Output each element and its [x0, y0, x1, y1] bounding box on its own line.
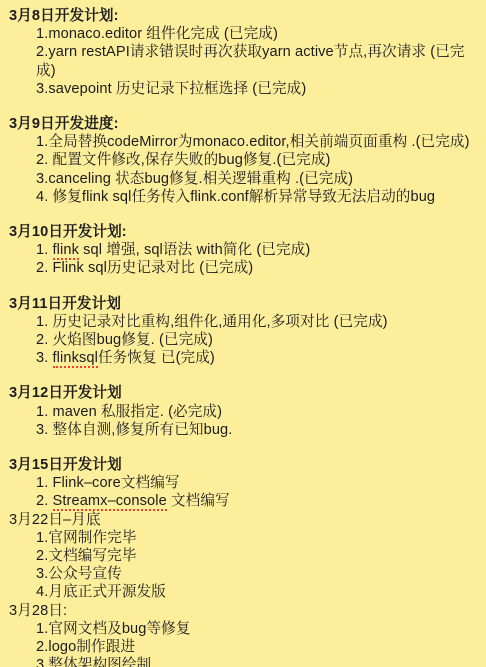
notes-page: { "page": { "background_color": "#FDEE9C…: [0, 0, 486, 667]
plan-item: 2. Flink sql历史记录对比 (已完成): [9, 259, 480, 277]
plan-item: 2.yarn restAPI请求错误时再次获取yarn active节点,再次请…: [9, 43, 480, 79]
misspelled-word: Streamx–console: [53, 493, 167, 511]
plan-item: 3. 整体自测,修复所有已知bug.: [9, 421, 480, 439]
plan-item: 1.官网文档及bug等修复: [9, 620, 480, 638]
item-text: 2. 火焰图bug修复. (已完成): [36, 332, 213, 348]
item-text: 1. 历史记录对比重构,组件化,通用化,多项对比 (已完成): [36, 314, 388, 330]
section-title: 3月12日开发计划: [9, 384, 480, 402]
item-text: 1. maven 私服指定. (必完成): [36, 404, 222, 420]
plan-item: 2. 配置文件修改,保存失败的bug修复.(已完成): [9, 151, 480, 169]
item-text: 4. 修复flink sql任务传入flink.conf解析异常导致无法启动的b…: [36, 189, 435, 205]
plan-item: 2.文档编写完毕: [9, 547, 480, 565]
plan-section: 3月9日开发进度:1.全局替换codeMirror为monaco.editor,…: [9, 115, 480, 206]
plan-item: 4.月底正式开源发版: [9, 583, 480, 601]
plan-section: 3月10日开发计划:1. flink sql 增强, sql语法 with简化 …: [9, 223, 480, 278]
item-text: 3.canceling 状态bug修复.相关逻辑重构 .(已完成): [36, 171, 353, 187]
item-text: 文档编写: [167, 493, 230, 509]
item-text: 1.官网制作完毕: [36, 530, 137, 546]
item-text: 4.月底正式开源发版: [36, 584, 166, 600]
section-title: 3月8日开发计划:: [9, 7, 480, 25]
plan-section: 3月28日:1.官网文档及bug等修复2.logo制作跟进3,整体架构图绘制: [9, 602, 480, 667]
plan-item: 1.全局替换codeMirror为monaco.editor,相关前端页面重构 …: [9, 133, 480, 151]
item-text: 2.logo制作跟进: [36, 639, 135, 655]
plan-item: 2. Streamx–console 文档编写: [9, 492, 480, 510]
plan-item: 1. Flink–core文档编写: [9, 474, 480, 492]
item-text: 任务恢复 已(完成): [98, 350, 215, 366]
plan-item: 1.官网制作完毕: [9, 529, 480, 547]
plan-section: 3月11日开发计划1. 历史记录对比重构,组件化,通用化,多项对比 (已完成)2…: [9, 295, 480, 368]
item-text: 1.官网文档及bug等修复: [36, 621, 191, 637]
plan-item: 1. 历史记录对比重构,组件化,通用化,多项对比 (已完成): [9, 313, 480, 331]
section-title: 3月11日开发计划: [9, 295, 480, 313]
section-title: 3月15日开发计划: [9, 456, 480, 474]
plan-item: 2.logo制作跟进: [9, 638, 480, 656]
item-text: 1. Flink–core文档编写: [36, 475, 180, 491]
item-text: 1.: [36, 242, 53, 258]
plan-item: 4. 修复flink sql任务传入flink.conf解析异常导致无法启动的b…: [9, 188, 480, 206]
item-text: 3. 整体自测,修复所有已知bug.: [36, 422, 232, 438]
plan-item: 3. flinksql任务恢复 已(完成): [9, 349, 480, 367]
item-text: 3.公众号宣传: [36, 566, 122, 582]
plan-item: 3,整体架构图绘制: [9, 656, 480, 667]
item-text: 3.: [36, 350, 53, 366]
plan-section: 3月15日开发计划1. Flink–core文档编写2. Streamx–con…: [9, 456, 480, 511]
note-document: 3月8日开发计划:1.monaco.editor 组件化完成 (已完成)2.ya…: [0, 0, 486, 667]
item-text: 1.全局替换codeMirror为monaco.editor,相关前端页面重构 …: [36, 134, 470, 150]
item-text: 2.: [36, 493, 53, 509]
plan-item: 3.公众号宣传: [9, 565, 480, 583]
item-text: 3.savepoint 历史记录下拉框选择 (已完成): [36, 81, 306, 97]
section-title: 3月9日开发进度:: [9, 115, 480, 133]
section-title: 3月22日–月底: [9, 511, 480, 529]
item-text: 1.monaco.editor 组件化完成 (已完成): [36, 26, 278, 42]
item-text: 2. Flink sql历史记录对比 (已完成): [36, 260, 253, 276]
misspelled-word: flinksql: [53, 350, 98, 368]
misspelled-word: flink: [53, 242, 79, 260]
section-title: 3月28日:: [9, 602, 480, 620]
plan-item: 1.monaco.editor 组件化完成 (已完成): [9, 25, 480, 43]
plan-item: 3.canceling 状态bug修复.相关逻辑重构 .(已完成): [9, 170, 480, 188]
item-text: 2.yarn restAPI请求错误时再次获取yarn active节点,再次请…: [36, 44, 465, 78]
item-text: 3,整体架构图绘制: [36, 657, 151, 667]
item-text: sql 增强, sql语法 with简化 (已完成): [79, 242, 310, 258]
item-text: 2.文档编写完毕: [36, 548, 137, 564]
plan-item: 2. 火焰图bug修复. (已完成): [9, 331, 480, 349]
plan-section: 3月8日开发计划:1.monaco.editor 组件化完成 (已完成)2.ya…: [9, 7, 480, 98]
plan-item: 3.savepoint 历史记录下拉框选择 (已完成): [9, 80, 480, 98]
item-text: 2. 配置文件修改,保存失败的bug修复.(已完成): [36, 152, 331, 168]
plan-item: 1. flink sql 增强, sql语法 with简化 (已完成): [9, 241, 480, 259]
plan-item: 1. maven 私服指定. (必完成): [9, 403, 480, 421]
plan-section: 3月12日开发计划1. maven 私服指定. (必完成)3. 整体自测,修复所…: [9, 384, 480, 439]
plan-section: 3月22日–月底1.官网制作完毕2.文档编写完毕3.公众号宣传4.月底正式开源发…: [9, 511, 480, 602]
section-title: 3月10日开发计划:: [9, 223, 480, 241]
